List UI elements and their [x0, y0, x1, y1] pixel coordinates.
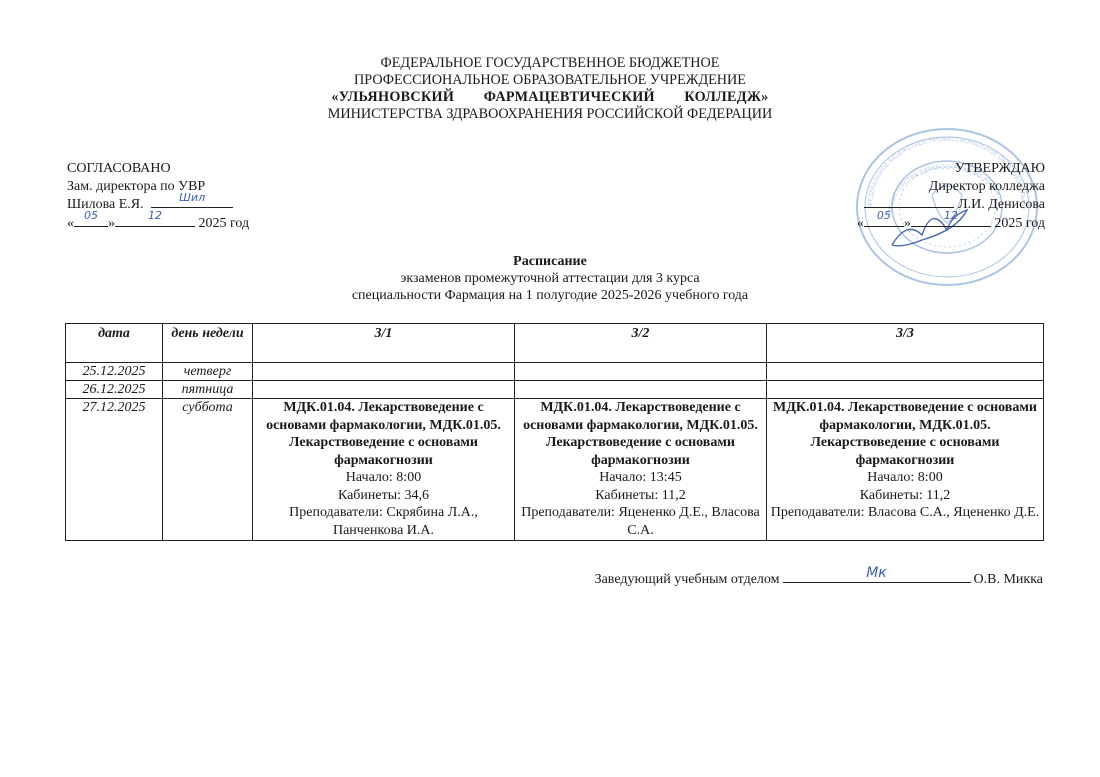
footer-name: О.В. Микка [974, 572, 1044, 587]
table-header-row: дата день недели 3/1 3/2 3/3 [66, 324, 1044, 363]
footer-signature: Заведующий учебным отделомМкО.В. Микка [595, 570, 1043, 588]
title-line-2: экзаменов промежуточной аттестации для 3… [0, 270, 1100, 287]
organization-header: ФЕДЕРАЛЬНОЕ ГОСУДАРСТВЕННОЕ БЮДЖЕТНОЕ ПР… [0, 55, 1100, 123]
college-name: «УЛЬЯНОВСКИЙ ФАРМАЦЕВТИЧЕСКИЙ КОЛЛЕДЖ» [331, 89, 768, 105]
row-date: 27.12.2025 [66, 399, 163, 541]
cell-empty [767, 363, 1044, 381]
agreed-heading: СОГЛАСОВАНО [67, 160, 249, 178]
approve-block: УТВЕРЖДАЮ Директор колледжа Л.И. Денисов… [857, 160, 1045, 232]
exam-cell-3-2: МДК.01.04. Лекарствоведение с основами ф… [515, 399, 767, 541]
day-line: 05 [864, 214, 904, 227]
exam-start: Начало: 13:45 [518, 469, 763, 487]
approve-date: «05»12 2025 год [857, 214, 1045, 233]
table-row: 27.12.2025 суббота МДК.01.04. Лекарствов… [66, 399, 1044, 541]
document-title: Расписание экзаменов промежуточной аттес… [0, 253, 1100, 304]
exam-cell-3-3: МДК.01.04. Лекарствоведение с основами ф… [767, 399, 1044, 541]
approve-heading: УТВЕРЖДАЮ [857, 160, 1045, 178]
exam-rooms: Кабинеты: 11,2 [518, 487, 763, 505]
org-line-2: ПРОФЕССИОНАЛЬНОЕ ОБРАЗОВАТЕЛЬНОЕ УЧРЕЖДЕ… [0, 72, 1100, 89]
agreed-date: «05»12 2025 год [67, 214, 249, 233]
quote-open: « [67, 216, 74, 231]
cell-empty [515, 363, 767, 381]
quote-close: » [108, 216, 115, 231]
approve-month: 12 [911, 207, 991, 225]
row-day: четверг [163, 363, 253, 381]
approve-year: 2025 год [994, 216, 1045, 231]
exam-teachers: Преподаватели: Власова С.А., Яцененко Д.… [770, 504, 1040, 522]
day-line: 05 [74, 214, 108, 227]
quote-close: » [904, 216, 911, 231]
month-line: 12 [115, 214, 195, 227]
exam-schedule-table: дата день недели 3/1 3/2 3/3 25.12.2025 … [65, 323, 1044, 541]
exam-cell-3-1: МДК.01.04. Лекарствоведение с основами ф… [253, 399, 515, 541]
exam-teachers: Преподаватели: Яцененко Д.Е., Власова С.… [518, 504, 763, 539]
agreed-month: 12 [115, 207, 195, 225]
cell-empty [253, 363, 515, 381]
footer-position: Заведующий учебным отделом [595, 572, 780, 587]
cell-empty [515, 381, 767, 399]
approve-position: Директор колледжа [857, 178, 1045, 196]
title-line-3: специальности Фармация на 1 полугодие 20… [0, 287, 1100, 304]
org-line-4: МИНИСТЕРСТВА ЗДРАВООХРАНЕНИЯ РОССИЙСКОЙ … [0, 106, 1100, 123]
row-date: 25.12.2025 [66, 363, 163, 381]
exam-teachers: Преподаватели: Скрябина Л.А., Панченкова… [256, 504, 511, 539]
header-group-3-1: 3/1 [253, 324, 515, 363]
cell-empty [253, 381, 515, 399]
exam-subject: МДК.01.04. Лекарствоведение с основами ф… [518, 399, 763, 469]
org-line-1: ФЕДЕРАЛЬНОЕ ГОСУДАРСТВЕННОЕ БЮДЖЕТНОЕ [0, 55, 1100, 72]
header-group-3-2: 3/2 [515, 324, 767, 363]
org-line-3: «УЛЬЯНОВСКИЙ ФАРМАЦЕВТИЧЕСКИЙ КОЛЛЕДЖ» [0, 89, 1100, 106]
header-day: день недели [163, 324, 253, 363]
signature-line: Мк [783, 570, 971, 583]
row-day: пятница [163, 381, 253, 399]
quote-open: « [857, 216, 864, 231]
header-group-3-3: 3/3 [767, 324, 1044, 363]
table-row: 25.12.2025 четверг [66, 363, 1044, 381]
agreed-year: 2025 год [199, 216, 250, 231]
agreed-signature: Шил [151, 189, 233, 207]
approve-day: 05 [864, 207, 904, 225]
agreed-day: 05 [74, 207, 108, 225]
agreed-block: СОГЛАСОВАНО Зам. директора по УВР Шилова… [67, 160, 249, 232]
header-date: дата [66, 324, 163, 363]
exam-subject: МДК.01.04. Лекарствоведение с основами ф… [770, 399, 1040, 469]
exam-rooms: Кабинеты: 11,2 [770, 487, 1040, 505]
row-date: 26.12.2025 [66, 381, 163, 399]
title-main: Расписание [0, 253, 1100, 270]
month-line: 12 [911, 214, 991, 227]
exam-rooms: Кабинеты: 34,6 [256, 487, 511, 505]
exam-start: Начало: 8:00 [256, 469, 511, 487]
exam-start: Начало: 8:00 [770, 469, 1040, 487]
table-row: 26.12.2025 пятница [66, 381, 1044, 399]
footer-signature-mark: Мк [783, 565, 971, 581]
cell-empty [767, 381, 1044, 399]
row-day: суббота [163, 399, 253, 541]
exam-subject: МДК.01.04. Лекарствоведение с основами ф… [256, 399, 511, 469]
